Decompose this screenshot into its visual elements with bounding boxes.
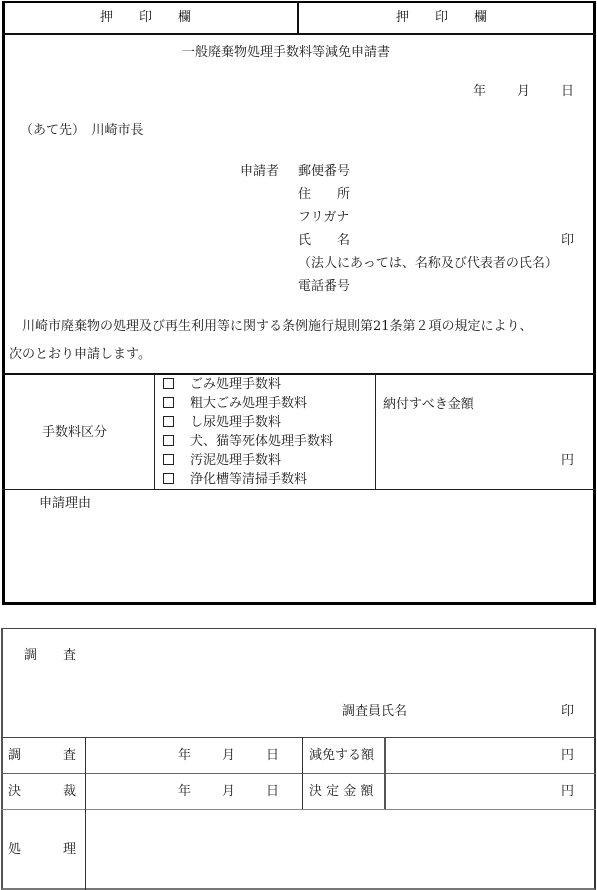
name-field[interactable]: 氏 名	[298, 234, 350, 247]
processing-label-right: 理	[63, 843, 76, 856]
investigation-date-month[interactable]: 月	[222, 749, 235, 762]
amount-due-field[interactable]	[380, 415, 570, 445]
checkbox-icon[interactable]	[163, 473, 174, 484]
investigator-seal-mark: 印	[561, 705, 574, 718]
office-label-column-divider	[85, 737, 86, 890]
statement-line-2: 次のとおり申請します。	[9, 348, 151, 361]
investigator-name-label: 調査員氏名	[342, 705, 407, 718]
office-row-divider-2	[1, 773, 596, 774]
investigation-row-label-left: 調	[8, 749, 21, 762]
investigation-date-day[interactable]: 日	[266, 749, 279, 762]
decided-amount-unit: 円	[561, 785, 574, 798]
corporate-note: （法人にあっては、名称及び代表者の氏名）	[298, 257, 558, 270]
fee-option-bulky-garbage[interactable]: 粗大ごみ処理手数料	[163, 397, 307, 410]
fee-option-label: 粗大ごみ処理手数料	[190, 396, 307, 411]
fee-option-sludge[interactable]: 汚泥処理手数料	[163, 454, 281, 467]
document-title: 一般廃棄物処理手数料等減免申請書	[182, 46, 390, 59]
checkbox-icon[interactable]	[163, 435, 174, 446]
address-field[interactable]: 住 所	[298, 188, 350, 201]
reason-top-divider	[2, 489, 596, 490]
fee-option-label: 浄化槽等清掃手数料	[190, 472, 307, 487]
investigation-heading: 調 査	[24, 649, 76, 662]
decision-date-year[interactable]: 年	[178, 785, 191, 798]
fee-amount-column-divider	[375, 374, 376, 489]
fee-option-label: 犬、猫等死体処理手数料	[190, 434, 333, 449]
seal-row-divider	[2, 33, 596, 35]
office-amount-label-divider	[302, 737, 303, 809]
checkbox-icon[interactable]	[163, 416, 174, 427]
decision-date-month[interactable]: 月	[222, 785, 235, 798]
statement-line-1: 川崎市廃棄物の処理及び再生利用等に関する条例施行規則第21条第２項の規定により、	[22, 320, 533, 333]
fee-option-garbage[interactable]: ごみ処理手数料	[163, 378, 281, 391]
reduction-amount-unit: 円	[561, 749, 574, 762]
office-row-divider-3	[1, 809, 596, 810]
office-row-divider-1	[1, 737, 596, 738]
seal-box-left-label: 押 印 欄	[100, 11, 191, 24]
amount-due-unit: 円	[561, 454, 574, 467]
investigator-name-field[interactable]	[420, 700, 550, 722]
checkbox-icon[interactable]	[163, 454, 174, 465]
reason-input[interactable]	[30, 515, 580, 595]
fee-option-septic-tank[interactable]: 浄化槽等清掃手数料	[163, 473, 307, 486]
fee-option-animal-carcass[interactable]: 犬、猫等死体処理手数料	[163, 435, 333, 448]
date-day-label: 日	[561, 85, 574, 98]
seal-box-right-label: 押 印 欄	[396, 11, 487, 24]
decision-row-label-left: 決	[8, 785, 21, 798]
processing-field[interactable]	[92, 815, 587, 883]
fee-option-label: し尿処理手数料	[190, 415, 281, 430]
fee-label-column-divider	[154, 374, 155, 489]
decision-date-day[interactable]: 日	[266, 785, 279, 798]
phone-field[interactable]: 電話番号	[298, 280, 350, 293]
addressee: （あて先） 川崎市長	[20, 124, 144, 137]
office-amount-value-divider	[384, 737, 386, 809]
date-month-label: 月	[517, 85, 530, 98]
furigana-field[interactable]: フリガナ	[298, 211, 349, 224]
fee-section-top-divider	[2, 373, 596, 375]
decided-amount-label: 決 定 金 額	[309, 785, 373, 798]
investigation-row-label-right: 査	[63, 749, 76, 762]
postal-code-field[interactable]: 郵便番号	[298, 165, 350, 178]
fee-option-label: 汚泥処理手数料	[190, 453, 281, 468]
applicant-seal-mark: 印	[561, 234, 574, 247]
date-year-label: 年	[473, 85, 486, 98]
amount-due-label: 納付すべき金額	[383, 398, 474, 411]
investigation-date-year[interactable]: 年	[178, 749, 191, 762]
reason-label: 申請理由	[39, 497, 91, 510]
reduction-amount-label: 減免する額	[309, 749, 374, 762]
fee-option-label: ごみ処理手数料	[190, 377, 281, 392]
processing-label-left: 処	[8, 843, 21, 856]
decided-amount-field[interactable]	[390, 777, 550, 805]
checkbox-icon[interactable]	[163, 397, 174, 408]
fee-option-night-soil[interactable]: し尿処理手数料	[163, 416, 281, 429]
checkbox-icon[interactable]	[163, 378, 174, 389]
seal-column-divider	[297, 1, 299, 34]
fee-category-label: 手数料区分	[42, 426, 107, 439]
reduction-amount-field[interactable]	[390, 741, 550, 769]
decision-row-label-right: 裁	[63, 785, 76, 798]
applicant-label: 申請者	[240, 165, 279, 178]
